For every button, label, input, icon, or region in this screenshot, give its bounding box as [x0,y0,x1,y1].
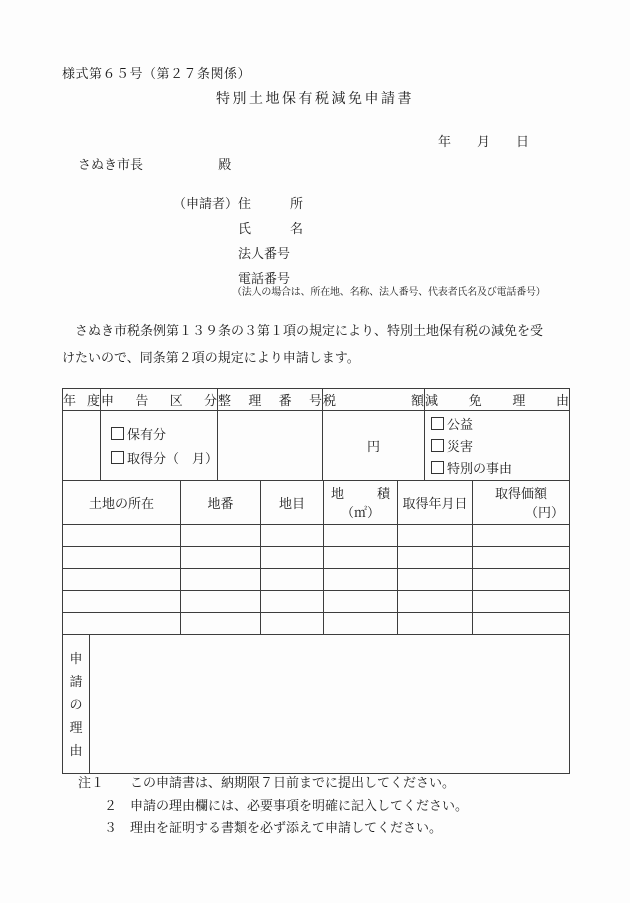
land-row [63,547,570,569]
exemption-reason-cell: 公益 災害 特別の事由 [425,411,570,481]
year-header: 年度 [63,389,101,411]
acquisition-date-cell[interactable] [398,525,473,547]
declaration-option-holding: 保有分 [111,424,217,443]
corporation-note: （法人の場合は、所在地、名称、法人番号、代表者氏名及び電話番号） [232,283,546,298]
acquisition-price-header: 取得価額 （円） [473,481,570,525]
reason-label-cell: 申請の理由 [63,635,90,774]
summary-value-row: 保有分 取得分（ 月） 円 公益 [63,411,570,481]
land-row [63,569,570,591]
body-paragraph: さぬき市税条例第１３９条の３第１項の規定により、特別土地保有税の減免を受 けたい… [62,317,582,371]
checkbox-disaster-label: 災害 [447,436,473,455]
land-category-cell[interactable] [261,613,324,635]
note-text-1: この申請書は、納期限７日前までに提出してください。 [130,772,455,795]
page-title: 特別土地保有税減免申請書 [0,88,630,108]
notes-block: 注１ この申請書は、納期限７日前までに提出してください。 ２ 申請の理由欄には、… [78,772,468,840]
serial-number-input-cell[interactable] [218,411,323,481]
note-marker-2: ２ [78,795,130,818]
addressee-name: さぬき市長 [78,157,143,172]
acquisition-price-cell[interactable] [473,525,570,547]
land-area-cell[interactable] [324,525,398,547]
tax-amount-header: 税額 [323,389,425,411]
body-line-1: さぬき市税条例第１３９条の３第１項の規定により、特別土地保有税の減免を受 [62,317,582,344]
checkbox-public-interest-label: 公益 [447,414,473,433]
checkbox-acquisition[interactable] [111,451,124,464]
addressee-honorific: 殿 [218,154,231,173]
note-text-2: 申請の理由欄には、必要事項を明確に記入してください。 [130,795,468,818]
acquisition-price-label: 取得価額 [473,484,569,503]
land-table: 土地の所在 地番 地目 地積 （㎡） 取得年月日 取得価額 （円） [62,480,570,635]
summary-table: 年度 申告区分 整理番号 税額 減免理由 保有分 取得分（ 月） [62,388,570,481]
exemption-reason-header: 減免理由 [425,389,570,411]
exemption-option-public: 公益 [431,414,569,433]
lot-number-cell[interactable] [181,547,261,569]
checkbox-holding[interactable] [111,427,124,440]
checkbox-special-reason-label: 特別の事由 [447,458,512,477]
lot-number-header: 地番 [181,481,261,525]
corporate-number-field-label: 法人番号 [173,241,303,266]
year-input-cell[interactable] [63,411,101,481]
tax-unit-label: 円 [367,439,380,454]
acquisition-date-cell[interactable] [398,547,473,569]
serial-number-header: 整理番号 [218,389,323,411]
acquisition-date-cell[interactable] [398,613,473,635]
applicant-block: （申請者）住 所 氏 名 法人番号 電話番号 [173,191,303,291]
acquisition-date-cell[interactable] [398,591,473,613]
land-area-unit: （㎡） [324,503,397,522]
acquisition-price-cell[interactable] [473,569,570,591]
land-location-cell[interactable] [63,525,181,547]
checkbox-acquisition-label: 取得分（ 月） [127,448,217,467]
applicant-label: （申請者） [173,191,238,216]
summary-header-row: 年度 申告区分 整理番号 税額 減免理由 [63,389,570,411]
acquisition-price-unit: （円） [473,503,569,522]
note-line-1: 注１ この申請書は、納期限７日前までに提出してください。 [78,772,468,795]
addressee-line: さぬき市長 殿 [78,154,231,173]
exemption-option-disaster: 災害 [431,436,569,455]
application-table: 年度 申告区分 整理番号 税額 減免理由 保有分 取得分（ 月） [62,388,569,774]
reason-table: 申請の理由 [62,634,570,774]
land-area-cell[interactable] [324,547,398,569]
tax-amount-input-cell[interactable]: 円 [323,411,425,481]
acquisition-price-cell[interactable] [473,591,570,613]
reason-input-area[interactable] [90,635,570,774]
declaration-type-cell: 保有分 取得分（ 月） [101,411,218,481]
lot-number-cell[interactable] [181,591,261,613]
note-marker-3: ３ [78,817,130,840]
acquisition-price-cell[interactable] [473,613,570,635]
land-area-label: 地積 [324,484,397,503]
land-category-cell[interactable] [261,569,324,591]
land-location-cell[interactable] [63,569,181,591]
land-location-cell[interactable] [63,591,181,613]
acquisition-price-cell[interactable] [473,547,570,569]
land-row [63,613,570,635]
note-text-3: 理由を証明する書類を必ず添えて申請してください。 [130,817,442,840]
checkbox-holding-label: 保有分 [127,424,166,443]
land-row [63,525,570,547]
declaration-option-acquisition: 取得分（ 月） [111,448,217,467]
land-area-cell[interactable] [324,591,398,613]
land-category-header: 地目 [261,481,324,525]
lot-number-cell[interactable] [181,613,261,635]
checkbox-special-reason[interactable] [431,461,444,474]
land-header-row: 土地の所在 地番 地目 地積 （㎡） 取得年月日 取得価額 （円） [63,481,570,525]
note-line-2: ２ 申請の理由欄には、必要事項を明確に記入してください。 [78,795,468,818]
body-line-2: けたいので、同条第２項の規定により申請します。 [62,344,582,371]
land-area-header: 地積 （㎡） [324,481,398,525]
land-row [63,591,570,613]
land-category-cell[interactable] [261,525,324,547]
land-category-cell[interactable] [261,547,324,569]
note-line-3: ３ 理由を証明する書類を必ず添えて申請してください。 [78,817,468,840]
land-area-cell[interactable] [324,613,398,635]
checkbox-public-interest[interactable] [431,417,444,430]
land-location-cell[interactable] [63,547,181,569]
lot-number-cell[interactable] [181,525,261,547]
note-marker-1: 注１ [78,772,130,795]
acquisition-date-header: 取得年月日 [398,481,473,525]
name-field-label: 氏 名 [173,216,303,241]
land-area-cell[interactable] [324,569,398,591]
land-location-cell[interactable] [63,613,181,635]
land-category-cell[interactable] [261,591,324,613]
application-form-page: 様式第６５号（第２７条関係） 特別土地保有税減免申請書 年 月 日 さぬき市長 … [0,0,630,903]
reason-label: 申請の理由 [69,647,84,762]
land-location-header: 土地の所在 [63,481,181,525]
form-number: 様式第６５号（第２７条関係） [62,63,251,82]
reason-row: 申請の理由 [63,635,570,774]
exemption-option-special: 特別の事由 [431,458,569,477]
checkbox-disaster[interactable] [431,439,444,452]
acquisition-date-cell[interactable] [398,569,473,591]
address-field-label: 住 所 [238,196,303,211]
date-line: 年 月 日 [438,131,529,150]
declaration-type-header: 申告区分 [101,389,218,411]
lot-number-cell[interactable] [181,569,261,591]
